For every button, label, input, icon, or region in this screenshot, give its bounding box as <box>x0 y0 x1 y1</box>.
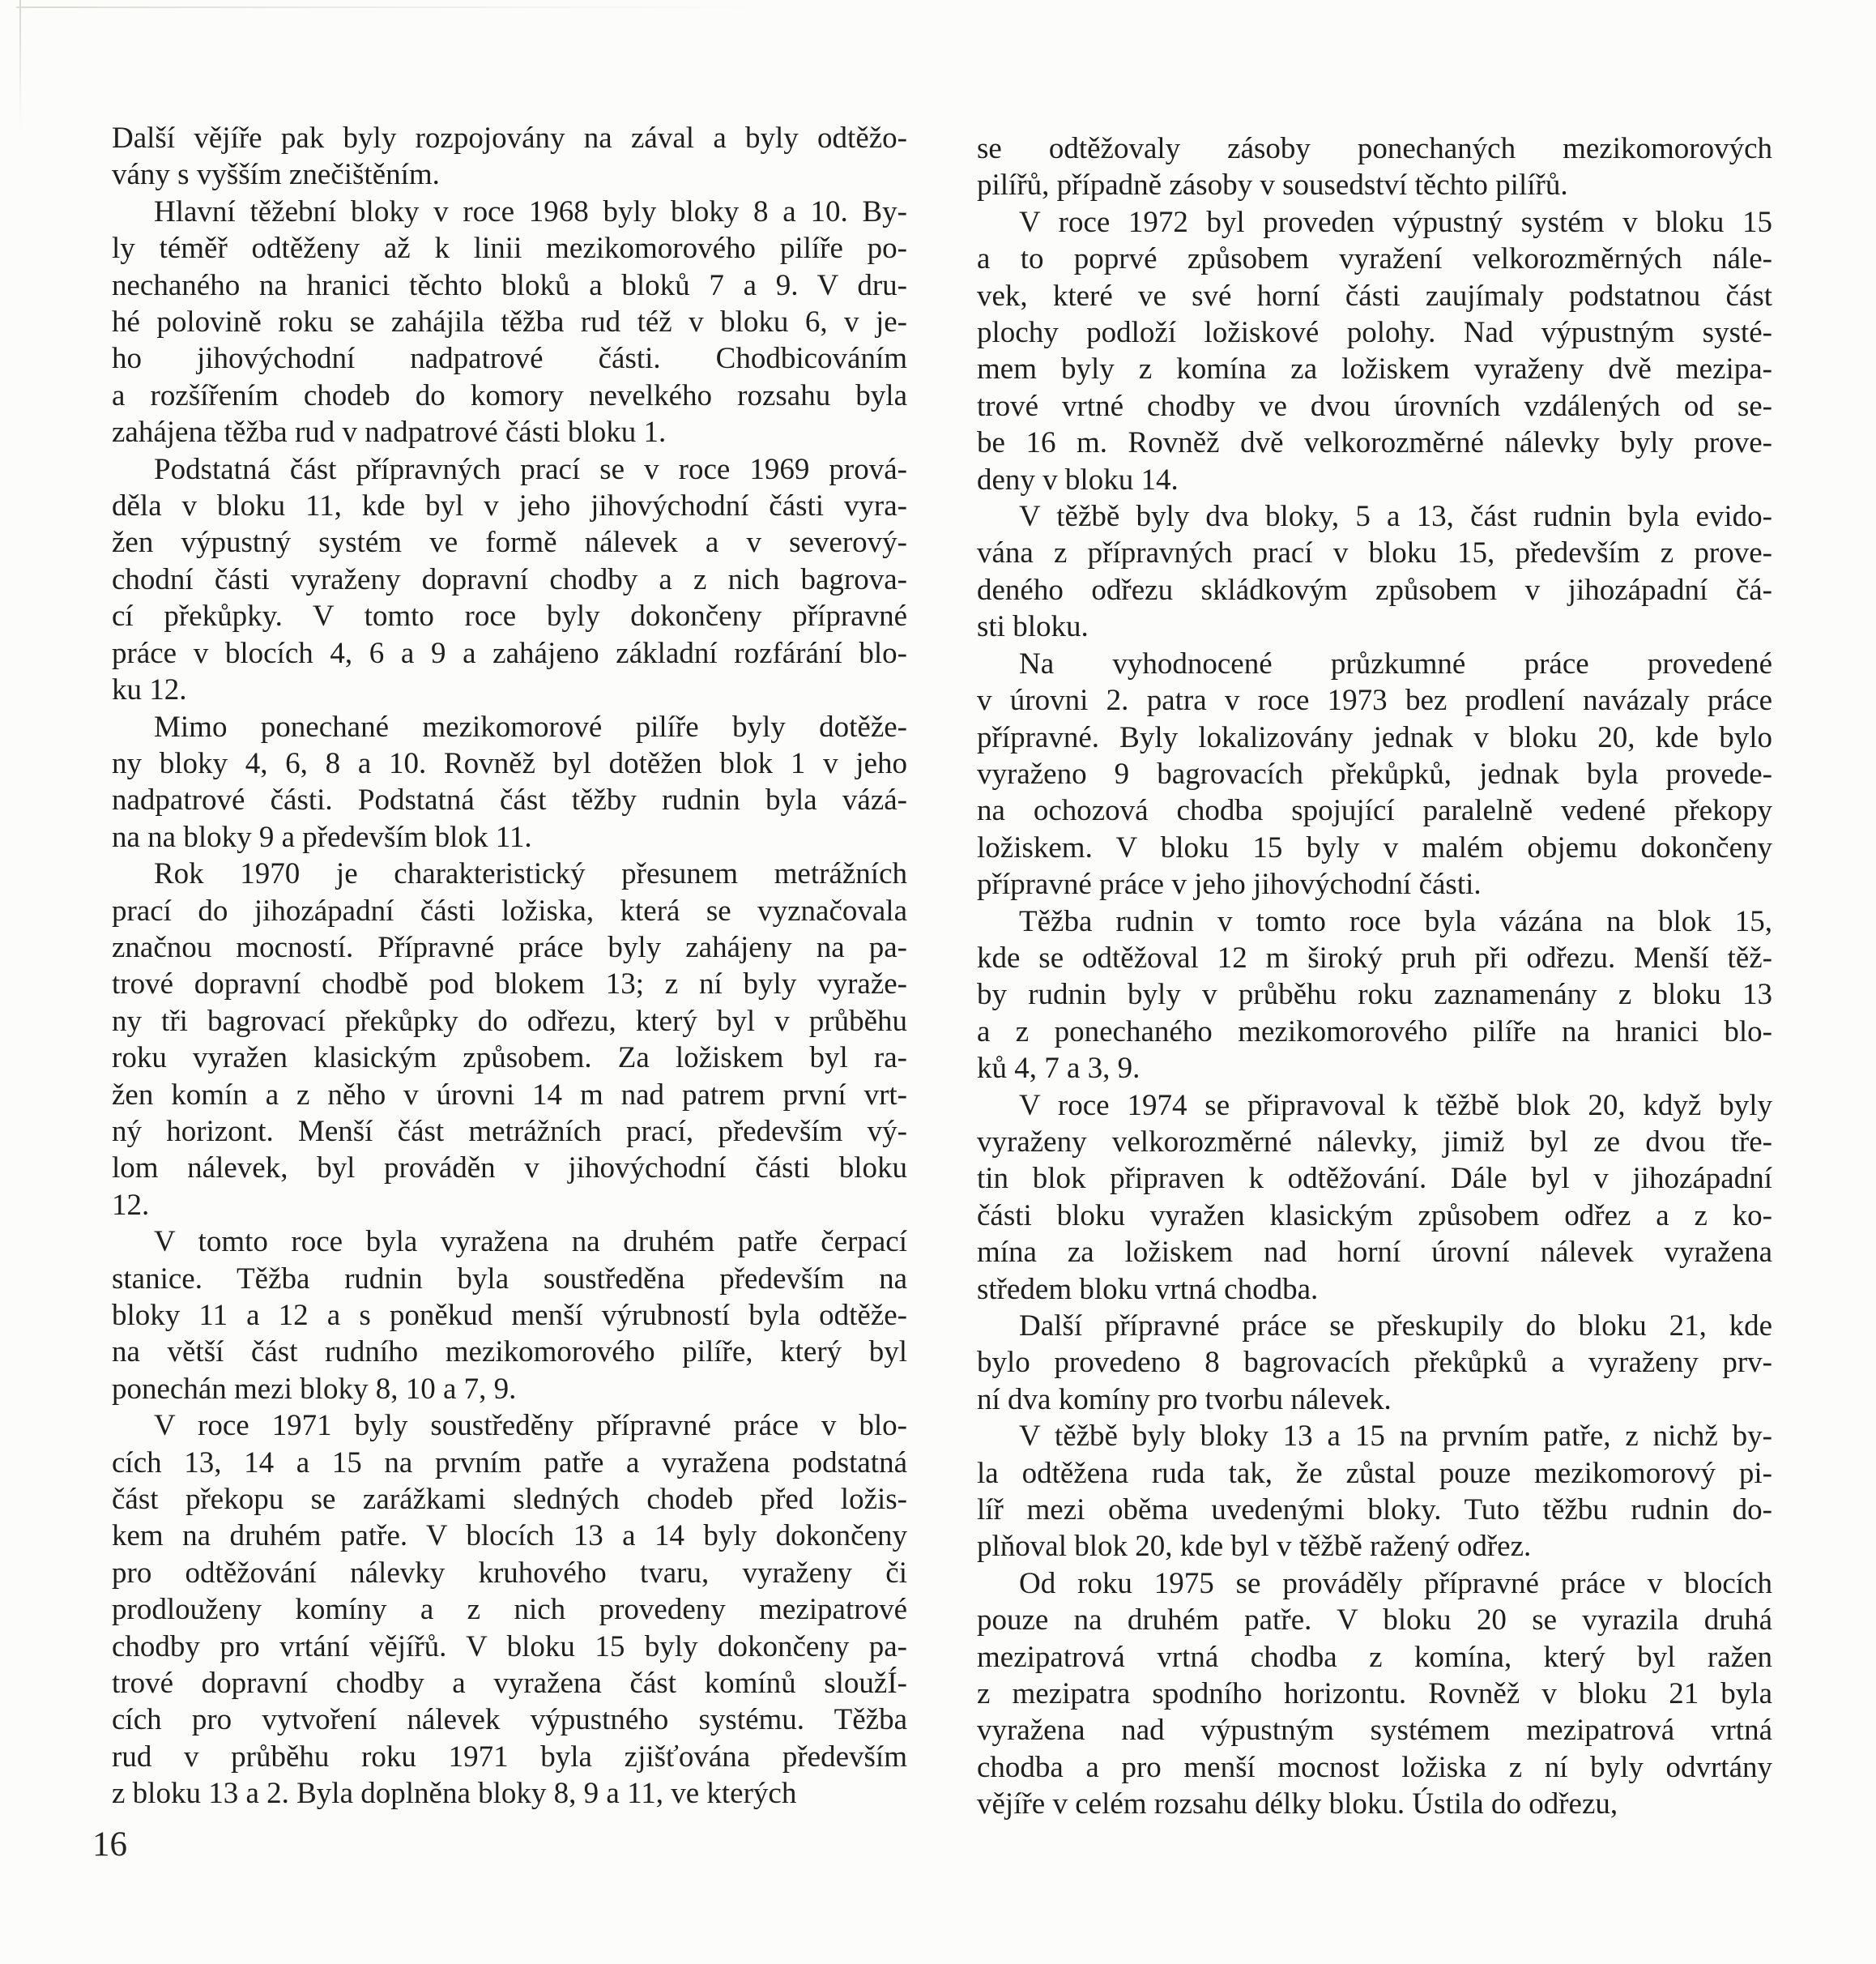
text-line: Mimo ponechané mezikomorové pilíře byly … <box>112 709 907 745</box>
paragraph: V těžbě byly bloky 13 a 15 na prvním pat… <box>977 1418 1772 1565</box>
paragraph: V roce 1974 se připravoval k těžbě blok … <box>977 1087 1772 1308</box>
text-line: stanice. Těžba rudnin byla soustředěna p… <box>112 1261 907 1297</box>
scan-edge-artifact-top <box>16 6 1876 8</box>
text-line: V těžbě byly bloky 13 a 15 na prvním pat… <box>977 1418 1772 1454</box>
text-line: z bloku 13 a 2. Byla doplněna bloky 8, 9… <box>112 1775 907 1812</box>
left-text-column: Další vějíře pak byly rozpojovány na záv… <box>112 120 907 1812</box>
text-line: ponechán mezi bloky 8, 10 a 7, 9. <box>112 1371 907 1407</box>
text-line: žen výpustný systém ve formě nálevek a v… <box>112 524 907 561</box>
text-line: práce v blocích 4, 6 a 9 a zahájeno zákl… <box>112 635 907 672</box>
text-line: bloky 11 a 12 a s poněkud menší výrubnos… <box>112 1297 907 1334</box>
text-line: značnou mocností. Přípravné práce byly z… <box>112 929 907 966</box>
text-line: plňoval blok 20, kde byl v těžbě ražený … <box>977 1528 1772 1565</box>
text-line: vyraženo 9 bagrovacích překůpků, jednak … <box>977 756 1772 792</box>
text-line: na na bloky 9 a především blok 11. <box>112 819 907 856</box>
text-line: na ochozová chodba spojující paralelně v… <box>977 792 1772 829</box>
page-number: 16 <box>92 1825 127 1865</box>
text-line: vyraženy velkorozměrné nálevky, jimiž by… <box>977 1124 1772 1160</box>
text-line: nadpatrové části. Podstatná část těžby r… <box>112 782 907 818</box>
text-line: ny bloky 4, 6, 8 a 10. Rovněž byl dotěže… <box>112 745 907 782</box>
text-line: ný horizont. Menší část metrážních prací… <box>112 1113 907 1150</box>
text-line: cích 13, 14 a 15 na prvním patře a vyraž… <box>112 1445 907 1481</box>
text-line: mína za ložiskem nad horní úrovní náleve… <box>977 1234 1772 1270</box>
text-line: pouze na druhém patře. V bloku 20 se vyr… <box>977 1602 1772 1638</box>
text-line: vek, které ve své horní části zaujímaly … <box>977 278 1772 314</box>
text-line: prací do jihozápadní části ložiska, kter… <box>112 893 907 929</box>
text-line: části bloku vyražen klasickým způsobem o… <box>977 1198 1772 1234</box>
text-line: V těžbě byly dva bloky, 5 a 13, část rud… <box>977 498 1772 535</box>
text-line: kem na druhém patře. V blocích 13 a 14 b… <box>112 1518 907 1554</box>
text-line: mem byly z komína za ložiskem vyraženy d… <box>977 351 1772 387</box>
paragraph: se odtěžovaly zásoby ponechaných mezikom… <box>977 130 1772 204</box>
text-line: se odtěžovaly zásoby ponechaných mezikom… <box>977 130 1772 167</box>
text-line: ly téměř odtěženy až k linii mezikomorov… <box>112 230 907 267</box>
text-line: deného odřezu skládkovým způsobem v jiho… <box>977 572 1772 608</box>
text-line: Hlavní těžební bloky v roce 1968 byly bl… <box>112 194 907 230</box>
text-line: žen komín a z něho v úrovni 14 m nad pat… <box>112 1077 907 1113</box>
text-line: cí překůpky. V tomto roce byly dokončeny… <box>112 598 907 634</box>
text-line: ložiskem. V bloku 15 byly v malém objemu… <box>977 830 1772 866</box>
text-line: bylo provedeno 8 bagrovacích překůpků a … <box>977 1344 1772 1381</box>
text-line: V roce 1974 se připravoval k těžbě blok … <box>977 1087 1772 1124</box>
paragraph: V roce 1971 byly soustředěny přípravné p… <box>112 1407 907 1812</box>
text-line: přípravné. Byly lokalizovány jednak v bl… <box>977 719 1772 756</box>
text-line: a to poprvé způsobem vyražení velkorozmě… <box>977 241 1772 277</box>
text-line: a rozšířením chodeb do komory nevelkého … <box>112 378 907 414</box>
text-line: tin blok připraven k odtěžování. Dále by… <box>977 1160 1772 1197</box>
paragraph: Podstatná část přípravných prací se v ro… <box>112 451 907 709</box>
text-line: V roce 1971 byly soustředěny přípravné p… <box>112 1407 907 1444</box>
text-line: deny v bloku 14. <box>977 462 1772 498</box>
paragraph: V těžbě byly dva bloky, 5 a 13, část rud… <box>977 498 1772 646</box>
text-line: cích pro vytvoření nálevek výpustného sy… <box>112 1701 907 1738</box>
text-line: ny tři bagrovací překůpky do odřezu, kte… <box>112 1003 907 1040</box>
text-line: by rudnin byly v průběhu roku zaznamenán… <box>977 976 1772 1013</box>
text-line: vyražena nad výpustným systémem mezipatr… <box>977 1712 1772 1748</box>
text-line: la odtěžena ruda tak, že zůstal pouze me… <box>977 1455 1772 1492</box>
paragraph: V roce 1972 byl proveden výpustný systém… <box>977 204 1772 498</box>
text-line: trové vrtné chodby ve dvou úrovních vzdá… <box>977 388 1772 425</box>
text-line: V tomto roce byla vyražena na druhém pat… <box>112 1223 907 1260</box>
text-line: sti bloku. <box>977 608 1772 645</box>
text-line: část překopu se zarážkami sledných chode… <box>112 1481 907 1518</box>
text-line: hé polovině roku se zahájila těžba rud t… <box>112 304 907 340</box>
paragraph: Další vějíře pak byly rozpojovány na záv… <box>112 120 907 194</box>
text-line: Podstatná část přípravných prací se v ro… <box>112 451 907 488</box>
text-line: Těžba rudnin v tomto roce byla vázána na… <box>977 903 1772 940</box>
text-line: v úrovni 2. patra v roce 1973 bez prodle… <box>977 682 1772 719</box>
paragraph: Od roku 1975 se prováděly přípravné prác… <box>977 1565 1772 1823</box>
text-line: chodba a pro menší mocnost ložiska z ní … <box>977 1749 1772 1786</box>
paragraph: Mimo ponechané mezikomorové pilíře byly … <box>112 709 907 856</box>
text-line: mezipatrová vrtná chodba z komína, který… <box>977 1639 1772 1676</box>
text-line: chodní části vyraženy dopravní chodby a … <box>112 561 907 598</box>
text-line: středem bloku vrtná chodba. <box>977 1271 1772 1308</box>
paragraph: V tomto roce byla vyražena na druhém pat… <box>112 1223 907 1407</box>
text-line: vána z přípravných prací v bloku 15, pře… <box>977 535 1772 571</box>
paragraph: Hlavní těžební bloky v roce 1968 byly bl… <box>112 194 907 451</box>
text-line: a z ponechaného mezikomorového pilíře na… <box>977 1014 1772 1050</box>
text-line: V roce 1972 byl proveden výpustný systém… <box>977 204 1772 241</box>
text-line: Rok 1970 je charakteristický přesunem me… <box>112 856 907 892</box>
text-line: přípravné práce v jeho jihovýchodní část… <box>977 866 1772 903</box>
paragraph: Těžba rudnin v tomto roce byla vázána na… <box>977 903 1772 1087</box>
text-line: líř mezi oběma uvedenými bloky. Tuto těž… <box>977 1492 1772 1528</box>
paragraph: Na vyhodnocené průzkumné práce provedené… <box>977 646 1772 903</box>
paragraph: Rok 1970 je charakteristický přesunem me… <box>112 856 907 1223</box>
text-line: ho jihovýchodní nadpatrové části. Chodbi… <box>112 340 907 377</box>
text-line: be 16 m. Rovněž dvě velkorozměrné nálevk… <box>977 425 1772 461</box>
text-line: Na vyhodnocené průzkumné práce provedené <box>977 646 1772 682</box>
text-line: pilířů, případně zásoby v sousedství těc… <box>977 167 1772 203</box>
text-line: Od roku 1975 se prováděly přípravné prác… <box>977 1565 1772 1602</box>
text-line: kde se odtěžoval 12 m široký pruh při od… <box>977 940 1772 976</box>
right-text-column: se odtěžovaly zásoby ponechaných mezikom… <box>977 130 1772 1823</box>
text-line: lom nálevek, byl prováděn v jihovýchodní… <box>112 1150 907 1186</box>
text-line: z mezipatra spodního horizontu. Rovněž v… <box>977 1676 1772 1712</box>
text-line: ku 12. <box>112 672 907 708</box>
text-line: plochy podloží ložiskové polohy. Nad výp… <box>977 314 1772 351</box>
text-line: prodlouženy komíny a z nich provedeny me… <box>112 1591 907 1628</box>
text-line: Další přípravné práce se přeskupily do b… <box>977 1308 1772 1344</box>
text-line: ků 4, 7 a 3, 9. <box>977 1050 1772 1087</box>
paragraph: Další přípravné práce se přeskupily do b… <box>977 1308 1772 1418</box>
text-line: trové dopravní chodbě pod blokem 13; z n… <box>112 966 907 1002</box>
text-line: pro odtěžování nálevky kruhového tvaru, … <box>112 1555 907 1591</box>
scan-edge-artifact-left <box>19 0 21 130</box>
text-line: Další vějíře pak byly rozpojovány na záv… <box>112 120 907 156</box>
book-page: Další vějíře pak byly rozpojovány na záv… <box>0 0 1876 1964</box>
text-line: nechaného na hranici těchto bloků a blok… <box>112 267 907 304</box>
text-line: 12. <box>112 1187 907 1223</box>
text-line: roku vyražen klasickým způsobem. Za loži… <box>112 1040 907 1076</box>
text-line: děla v bloku 11, kde byl v jeho jihových… <box>112 488 907 524</box>
text-line: vějíře v celém rozsahu délky bloku. Ústi… <box>977 1786 1772 1822</box>
text-line: ní dva komíny pro tvorbu nálevek. <box>977 1381 1772 1418</box>
text-line: rud v průběhu roku 1971 byla zjišťována … <box>112 1739 907 1775</box>
text-line: vány s vyšším znečištěním. <box>112 156 907 193</box>
text-line: trové dopravní chodby a vyražena část ko… <box>112 1665 907 1701</box>
text-line: chodby pro vrtání vějířů. V bloku 15 byl… <box>112 1629 907 1665</box>
text-line: zahájena těžba rud v nadpatrové části bl… <box>112 414 907 450</box>
text-line: na větší část rudního mezikomorového pil… <box>112 1334 907 1370</box>
